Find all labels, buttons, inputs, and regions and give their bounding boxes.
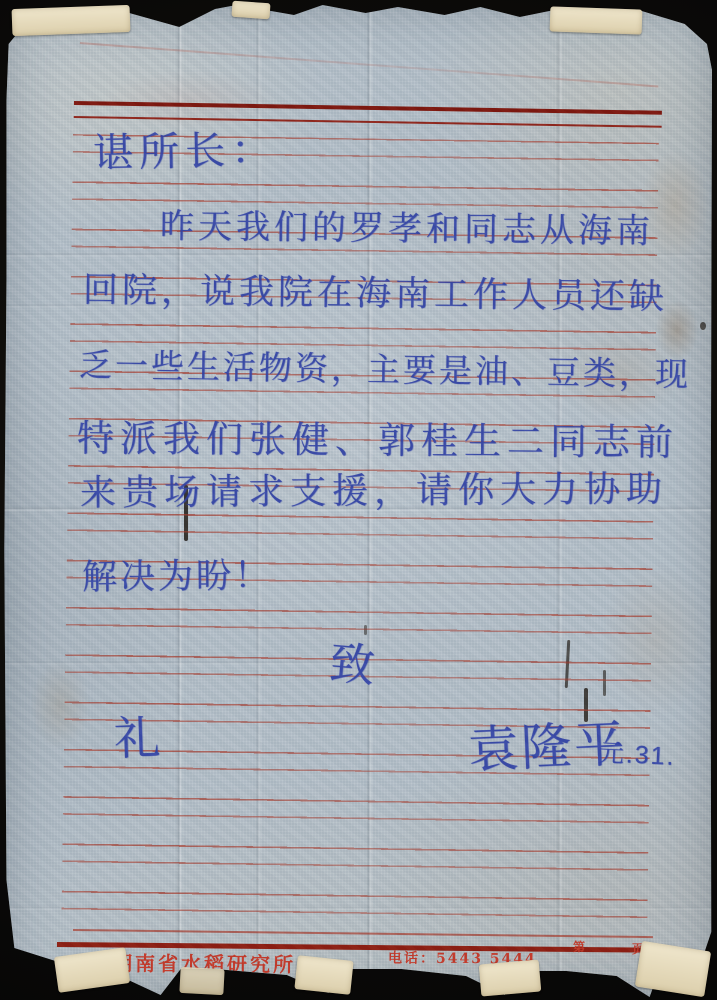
crease-dirt-mark xyxy=(603,670,606,696)
fold-crease-horizontal xyxy=(0,252,717,258)
phone-label: 电话： xyxy=(388,950,436,966)
body-line: 解决为盼！ xyxy=(82,548,273,600)
institute-name: 湖南省水稻研究所 xyxy=(112,947,296,977)
salutation-text: 谌所长： xyxy=(92,118,277,179)
date: 元.31. xyxy=(598,733,676,773)
body-line: 乏一些生活物资，主要是油、豆类，现 xyxy=(79,339,692,396)
phone-number: 电话：5443 5444 xyxy=(388,947,537,968)
faint-showthrough-line xyxy=(80,42,659,87)
crease-dirt-mark xyxy=(565,640,571,688)
closing-li: 礼 xyxy=(113,701,161,769)
body-line: 来贵场请求支援，请你大力协助 xyxy=(80,461,668,516)
footer-thin-rule xyxy=(73,929,653,938)
fold-crease-horizontal xyxy=(0,905,717,911)
phone-digits: 5443 5444 xyxy=(436,951,537,968)
stain xyxy=(600,560,710,720)
body-line: 昨天我们的罗孝和同志从海南 xyxy=(160,198,654,252)
speck xyxy=(700,322,706,330)
page-number-suffix: 页 xyxy=(632,940,644,957)
closing-zhi: 致 xyxy=(327,626,378,695)
ruled-lines xyxy=(61,134,659,939)
stain xyxy=(30,660,90,750)
page-number-prefix: 第 xyxy=(573,938,585,955)
letter-photo: 谌所长： 昨天我们的罗孝和同志从海南 回院，说我院在海南工作人员还缺 乏一些生活… xyxy=(0,0,717,1000)
body-line: 回院，说我院在海南工作人员还缺 xyxy=(83,262,669,319)
letter-paper: 谌所长： 昨天我们的罗孝和同志从海南 回院，说我院在海南工作人员还缺 乏一些生活… xyxy=(0,0,717,1000)
torn-paper-fragment xyxy=(179,967,224,995)
body-line: 特派我们张健、郭桂生二同志前 xyxy=(77,408,679,466)
